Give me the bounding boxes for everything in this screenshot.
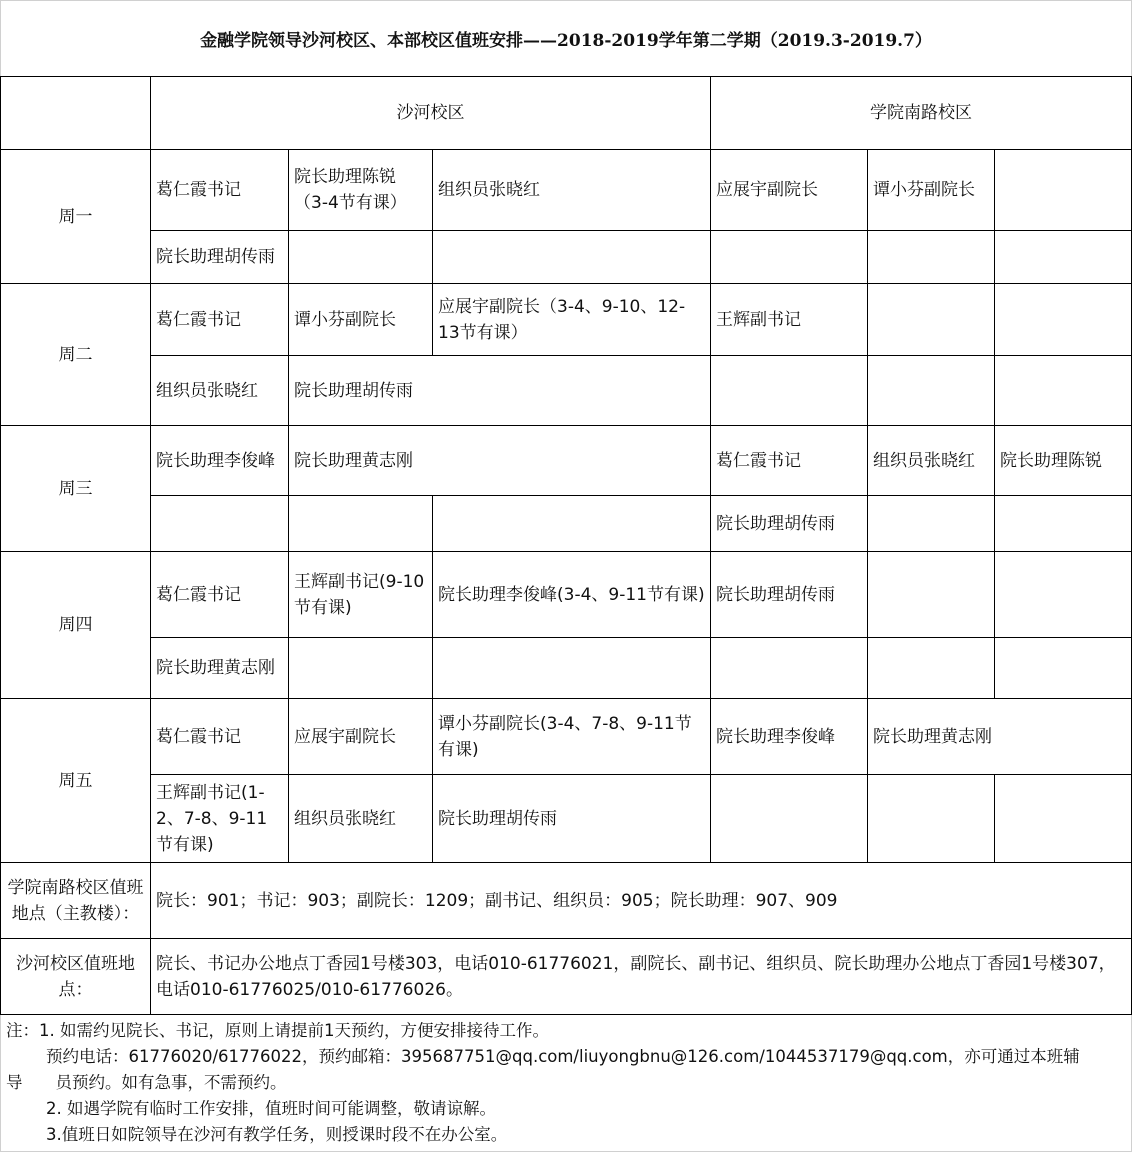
duty-text: 院长助理李俊峰: [156, 448, 275, 474]
day-label-wed: 周三: [0, 425, 151, 552]
duty-cell: [288, 637, 433, 699]
duty-cell: [867, 774, 995, 863]
note-line-3: 导 员预约。如有急事，不需预约。: [0, 1070, 1132, 1096]
notes-section: 注：1. 如需约见院长、书记，原则上请提前1天预约，方便安排接待工作。 预约电话…: [0, 1014, 1132, 1152]
duty-cell: 葛仁霞书记: [150, 149, 289, 231]
duty-cell: [867, 283, 995, 356]
page-title: 金融学院领导沙河校区、本部校区值班安排——2018-2019学年第二学期（201…: [0, 0, 1132, 76]
duty-cell: 院长助理胡传雨: [288, 355, 711, 426]
day-label-tue: 周二: [0, 283, 151, 426]
duty-cell: [710, 355, 868, 426]
nanlu-location-value: 院长：901；书记：903；副院长：1209；副书记、组织员：905；院长助理：…: [150, 862, 1132, 939]
duty-cell: 院长助理胡传雨: [710, 495, 868, 552]
duty-cell: [867, 495, 995, 552]
note-line-5: 3.值班日如院领导在沙河有教学任务，则授课时段不在办公室。: [0, 1122, 1132, 1148]
duty-text: 应展宇副院长（3-4、9-10、12-13节有课）: [438, 294, 705, 346]
duty-cell: 葛仁霞书记: [710, 425, 868, 496]
duty-cell: 组织员张晓红: [150, 355, 289, 426]
duty-cell: 组织员张晓红: [288, 774, 433, 863]
note-line-1: 注：1. 如需约见院长、书记，原则上请提前1天预约，方便安排接待工作。: [0, 1018, 1132, 1044]
duty-cell: 王辉副书记(9-10节有课): [288, 551, 433, 638]
duty-cell: 院长助理李俊峰: [150, 425, 289, 496]
duty-cell: [994, 230, 1132, 284]
duty-cell: 谭小芬副院长: [288, 283, 433, 356]
duty-cell: 院长助理李俊峰(3-4、9-11节有课): [432, 551, 711, 638]
duty-cell: [710, 774, 868, 863]
duty-cell: [994, 637, 1132, 699]
duty-cell: [867, 637, 995, 699]
duty-text: 院长助理李俊峰(3-4、9-11节有课): [438, 582, 705, 608]
duty-cell: 葛仁霞书记: [150, 551, 289, 638]
duty-cell: 葛仁霞书记: [150, 283, 289, 356]
duty-cell: 组织员张晓红: [867, 425, 995, 496]
duty-cell: [867, 230, 995, 284]
duty-cell: [432, 637, 711, 699]
duty-cell: 院长助理陈锐（3-4节有课）: [288, 149, 433, 231]
value-text: 院长、书记办公地点丁香园1号楼303，电话010-61776021，副院长、副书…: [156, 951, 1126, 1003]
duty-cell: [994, 355, 1132, 426]
duty-text: 院长助理陈锐（3-4节有课）: [294, 164, 427, 216]
duty-cell: [994, 149, 1132, 231]
duty-cell: 院长助理胡传雨: [150, 230, 289, 284]
duty-text: 院长助理胡传雨: [156, 244, 275, 270]
duty-cell: [432, 495, 711, 552]
campus-header-nanlu: 学院南路校区: [710, 76, 1132, 150]
label-text: 学院南路校区值班地点（主教楼）：: [4, 875, 147, 927]
day-label-fri: 周五: [0, 698, 151, 863]
duty-cell: [432, 230, 711, 284]
note-line-4: 2. 如遇学院有临时工作安排，值班时间可能调整，敬请谅解。: [0, 1096, 1132, 1122]
duty-cell: [867, 355, 995, 426]
duty-cell: 组织员张晓红: [432, 149, 711, 231]
corner-cell: [0, 76, 151, 150]
duty-cell: 应展宇副院长: [710, 149, 868, 231]
duty-cell: 院长助理胡传雨: [710, 551, 868, 638]
duty-cell: [710, 637, 868, 699]
campus-header-shahe: 沙河校区: [150, 76, 711, 150]
duty-cell: [288, 230, 433, 284]
duty-cell: 葛仁霞书记: [150, 698, 289, 775]
duty-cell: 院长助理陈锐: [994, 425, 1132, 496]
duty-cell: 王辉副书记: [710, 283, 868, 356]
duty-cell: [994, 774, 1132, 863]
duty-cell: [710, 230, 868, 284]
duty-cell: 应展宇副院长（3-4、9-10、12-13节有课）: [432, 283, 711, 356]
duty-cell: [288, 495, 433, 552]
day-label-mon: 周一: [0, 149, 151, 284]
day-label-thu: 周四: [0, 551, 151, 699]
duty-cell: 院长助理黄志刚: [288, 425, 711, 496]
label-text: 沙河校区值班地点：: [4, 951, 147, 1003]
duty-cell: 院长助理胡传雨: [432, 774, 711, 863]
duty-cell: [994, 551, 1132, 638]
duty-cell: [994, 495, 1132, 552]
duty-cell: [994, 283, 1132, 356]
duty-cell: [150, 495, 289, 552]
duty-cell: 院长助理黄志刚: [867, 698, 1132, 775]
note-line-2: 预约电话：61776020/61776022，预约邮箱：395687751@qq…: [0, 1044, 1132, 1070]
duty-text: 院长助理黄志刚: [156, 655, 275, 681]
duty-text: 王辉副书记(9-10节有课): [294, 569, 427, 621]
duty-cell: 王辉副书记(1-2、7-8、9-11节有课): [150, 774, 289, 863]
duty-cell: [867, 551, 995, 638]
duty-text: 谭小芬副院长(3-4、7-8、9-11节有课): [438, 711, 705, 763]
duty-text: 王辉副书记(1-2、7-8、9-11节有课): [156, 780, 283, 858]
duty-cell: 院长助理黄志刚: [150, 637, 289, 699]
nanlu-location-label: 学院南路校区值班地点（主教楼）：: [0, 862, 151, 939]
duty-cell: 谭小芬副院长: [867, 149, 995, 231]
duty-cell: 院长助理李俊峰: [710, 698, 868, 775]
shahe-location-value: 院长、书记办公地点丁香园1号楼303，电话010-61776021，副院长、副书…: [150, 938, 1132, 1015]
duty-cell: 应展宇副院长: [288, 698, 433, 775]
shahe-location-label: 沙河校区值班地点：: [0, 938, 151, 1015]
duty-cell: 谭小芬副院长(3-4、7-8、9-11节有课): [432, 698, 711, 775]
